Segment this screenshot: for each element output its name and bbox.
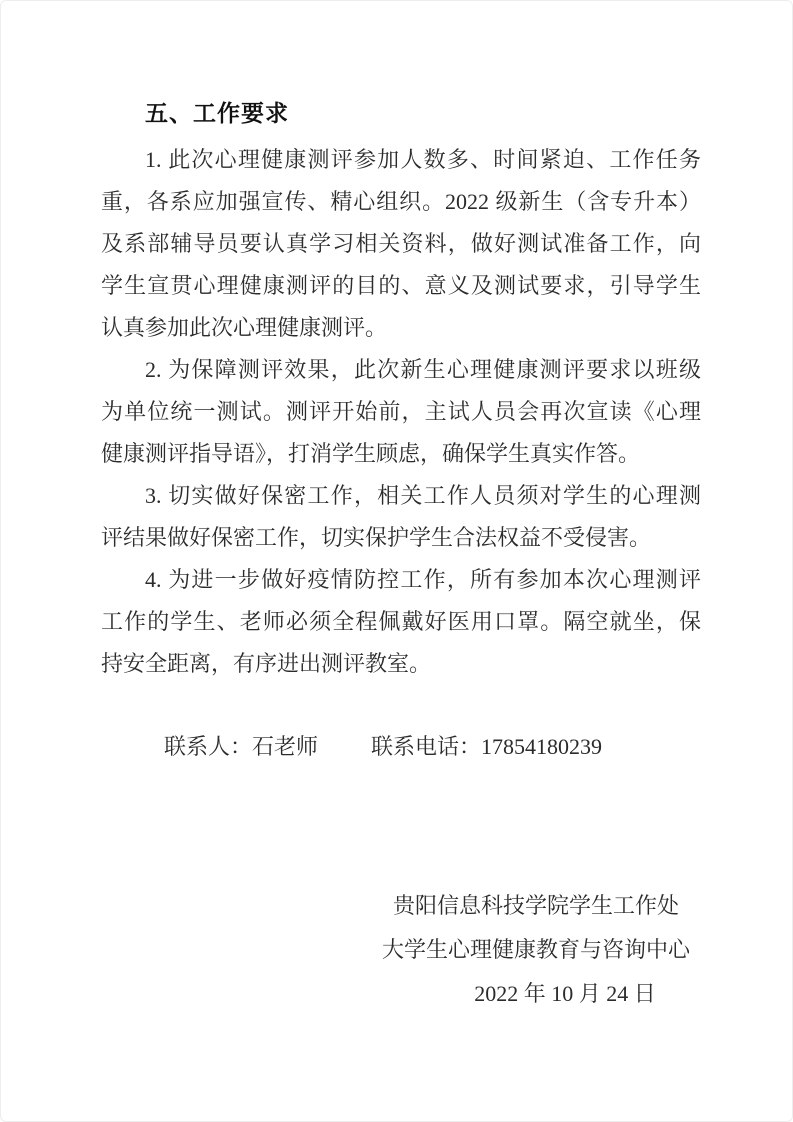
contact-person-label: 联系人： [164,734,252,759]
paragraph-1: 1. 此次心理健康测评参加人数多、时间紧迫、工作任务 重，各系应加强宣传、精心组… [101,139,701,349]
body-text-line: 认真参加此次心理健康测评。 [101,307,701,349]
body-text-line: 及系部辅导员要认真学习相关资料，做好测试准备工作，向 [101,223,701,265]
body-text-line: 健康测评指导语》，打消学生顾虑，确保学生真实作答。 [101,433,701,475]
body-text-line: 重，各系应加强宣传、精心组织。2022 级新生（含专升本） [101,181,701,223]
body-text-line: 工作的学生、老师必须全程佩戴好医用口罩。隔空就坐，保 [101,601,701,643]
contact-line: 联系人：石老师联系电话：17854180239 [101,726,701,768]
body-text-line: 评结果做好保密工作，切实保护学生合法权益不受侵害。 [101,517,701,559]
body-text-line: 1. 此次心理健康测评参加人数多、时间紧迫、工作任务 [101,139,701,181]
contact-phone: 联系电话：17854180239 [371,734,602,759]
document-page: 五、工作要求 1. 此次心理健康测评参加人数多、时间紧迫、工作任务 重，各系应加… [0,0,793,1122]
body-text-line: 持安全距离，有序进出测评教室。 [101,643,701,685]
body-text-line: 2. 为保障测评效果，此次新生心理健康测评要求以班级 [101,349,701,391]
paragraph-2: 2. 为保障测评效果，此次新生心理健康测评要求以班级 为单位统一测试。测评开始前… [101,349,701,475]
paragraph-3: 3. 切实做好保密工作，相关工作人员须对学生的心理测 评结果做好保密工作，切实保… [101,475,701,559]
signature-block: 贵阳信息科技学院学生工作处 大学生心理健康教育与咨询中心 2022 年 10 月… [276,884,793,1016]
section-heading: 五、工作要求 [101,93,701,135]
document-body: 五、工作要求 1. 此次心理健康测评参加人数多、时间紧迫、工作任务 重，各系应加… [101,93,701,768]
paragraph-4: 4. 为进一步做好疫情防控工作，所有参加本次心理测评 工作的学生、老师必须全程佩… [101,559,701,685]
contact-phone-label: 联系电话： [371,734,481,759]
contact-person: 联系人：石老师 [164,734,318,759]
body-text-line: 学生宣贯心理健康测评的目的、意义及测试要求，引导学生 [101,265,701,307]
body-text-line: 为单位统一测试。测评开始前，主试人员会再次宣读《心理 [101,391,701,433]
body-text-line: 3. 切实做好保密工作，相关工作人员须对学生的心理测 [101,475,701,517]
signature-date-line: 2022 年 10 月 24 日 [276,972,793,1016]
contact-phone-number: 17854180239 [481,734,602,759]
signature-center: 大学生心理健康教育与咨询中心 [276,928,793,972]
signature-department: 贵阳信息科技学院学生工作处 [276,884,793,928]
contact-person-name: 石老师 [252,734,318,759]
body-text-line: 4. 为进一步做好疫情防控工作，所有参加本次心理测评 [101,559,701,601]
signature-date: 2022 年 10 月 24 日 [474,981,656,1006]
